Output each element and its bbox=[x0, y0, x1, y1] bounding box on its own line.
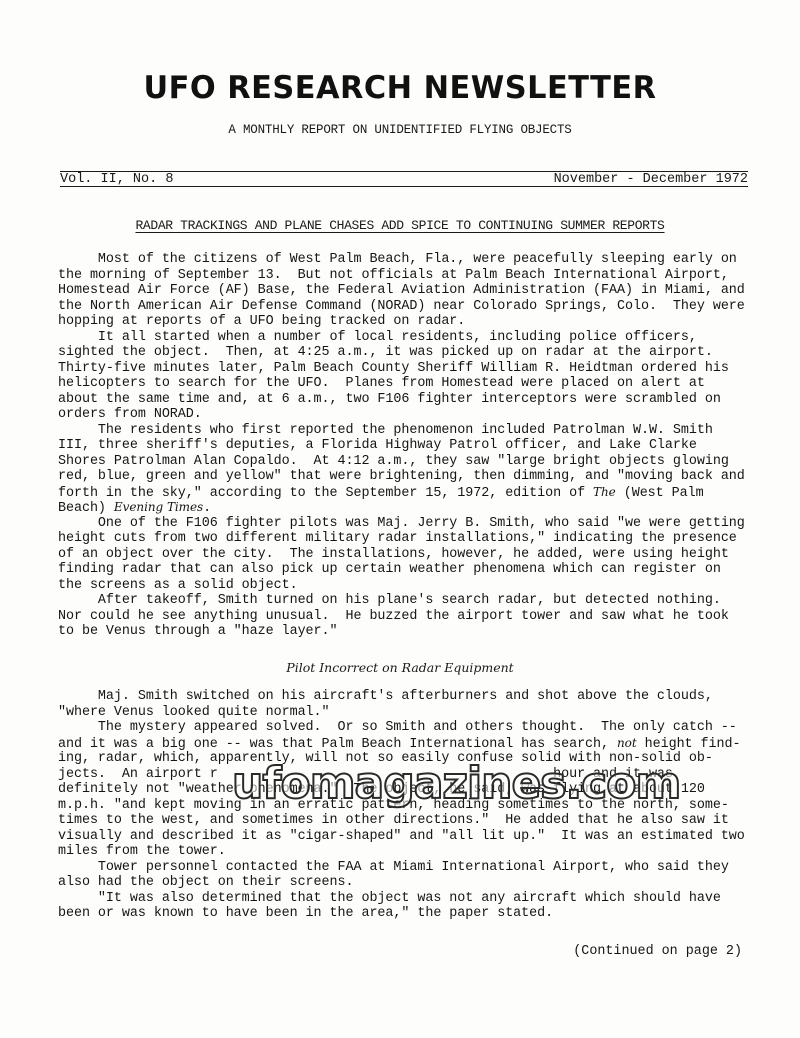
text-line: jects. An airport r hour and it was bbox=[58, 767, 758, 783]
text-line: red, blue, green and yellow" that were b… bbox=[58, 469, 758, 485]
text-line: m.p.h. "and kept moving in an erratic pa… bbox=[58, 798, 758, 814]
text-line: Tower personnel contacted the FAA at Mia… bbox=[58, 860, 758, 876]
text-line: also had the object on their screens. bbox=[58, 875, 758, 891]
newsletter-title: UFO RESEARCH NEWSLETTER bbox=[8, 70, 792, 106]
text-line: Homestead Air Force (AF) Base, the Feder… bbox=[58, 283, 758, 299]
text-line: the morning of September 13. But not off… bbox=[58, 268, 758, 284]
text-line: miles from the tower. bbox=[58, 844, 758, 860]
text-line: finding radar that can also pick up cert… bbox=[58, 562, 758, 578]
italic-text: The bbox=[593, 485, 616, 499]
text-line: Most of the citizens of West Palm Beach,… bbox=[58, 252, 758, 268]
text-line: Maj. Smith switched on his aircraft's af… bbox=[58, 689, 758, 705]
text-line: visually and described it as "cigar-shap… bbox=[58, 829, 758, 845]
text-line: "It was also determined that the object … bbox=[58, 891, 758, 907]
text-line: Beach) Evening Times. bbox=[58, 500, 758, 516]
text-line: The residents who first reported the phe… bbox=[58, 423, 758, 439]
text-line: definitely not "weather phenomena." The … bbox=[58, 782, 758, 798]
text-line: ing, radar, which, apparently, will not … bbox=[58, 751, 758, 767]
text-line: sighted the object. Then, at 4:25 a.m., … bbox=[58, 345, 758, 361]
text-line: times to the west, and sometimes in othe… bbox=[58, 813, 758, 829]
text-line: and it was a big one -- was that Palm Be… bbox=[58, 736, 758, 752]
text-line: The mystery appeared solved. Or so Smith… bbox=[58, 720, 758, 736]
text-line: III, three sheriff's deputies, a Florida… bbox=[58, 438, 758, 454]
text-line: the screens as a solid object. bbox=[58, 578, 758, 594]
newsletter-page: UFO RESEARCH NEWSLETTER A MONTHLY REPORT… bbox=[0, 0, 800, 1038]
article-body-part-1: Most of the citizens of West Palm Beach,… bbox=[58, 252, 758, 640]
article-body-part-2: Maj. Smith switched on his aircraft's af… bbox=[58, 689, 758, 922]
article-subheading: Pilot Incorrect on Radar Equipment bbox=[0, 660, 800, 675]
text-line: to be Venus through a "haze layer." bbox=[58, 624, 758, 640]
newsletter-subtitle: A MONTHLY REPORT ON UNIDENTIFIED FLYING … bbox=[0, 123, 800, 137]
text-line: forth in the sky," according to the Sept… bbox=[58, 485, 758, 501]
italic-text: not bbox=[617, 736, 637, 750]
text-line: Thirty-five minutes later, Palm Beach Co… bbox=[58, 361, 758, 377]
text-line: orders from NORAD. bbox=[58, 407, 758, 423]
header-rule-bottom bbox=[60, 186, 748, 187]
continued-note: (Continued on page 2) bbox=[573, 944, 742, 959]
text-line: the North American Air Defense Command (… bbox=[58, 299, 758, 315]
text-line: It all started when a number of local re… bbox=[58, 330, 758, 346]
text-line: of an object over the city. The installa… bbox=[58, 547, 758, 563]
text-line: Nor could he see anything unusual. He bu… bbox=[58, 609, 758, 625]
text-line: helicopters to search for the UFO. Plane… bbox=[58, 376, 758, 392]
text-line: One of the F106 fighter pilots was Maj. … bbox=[58, 516, 758, 532]
issue-info-row: Vol. II, No. 8 November - December 1972 bbox=[60, 171, 748, 186]
article-headline: RADAR TRACKINGS AND PLANE CHASES ADD SPI… bbox=[0, 218, 800, 233]
text-line: hopping at reports of a UFO being tracke… bbox=[58, 314, 758, 330]
text-line: Shores Patrolman Alan Copaldo. At 4:12 a… bbox=[58, 454, 758, 470]
volume-number: Vol. II, No. 8 bbox=[60, 172, 173, 187]
text-line: height cuts from two different military … bbox=[58, 531, 758, 547]
issue-date: November - December 1972 bbox=[554, 172, 748, 187]
text-line: After takeoff, Smith turned on his plane… bbox=[58, 593, 758, 609]
text-line: about the same time and, at 6 a.m., two … bbox=[58, 392, 758, 408]
text-line: "where Venus looked quite normal." bbox=[58, 705, 758, 721]
italic-text: Evening Times bbox=[114, 500, 203, 514]
text-line: been or was known to have been in the ar… bbox=[58, 906, 758, 922]
